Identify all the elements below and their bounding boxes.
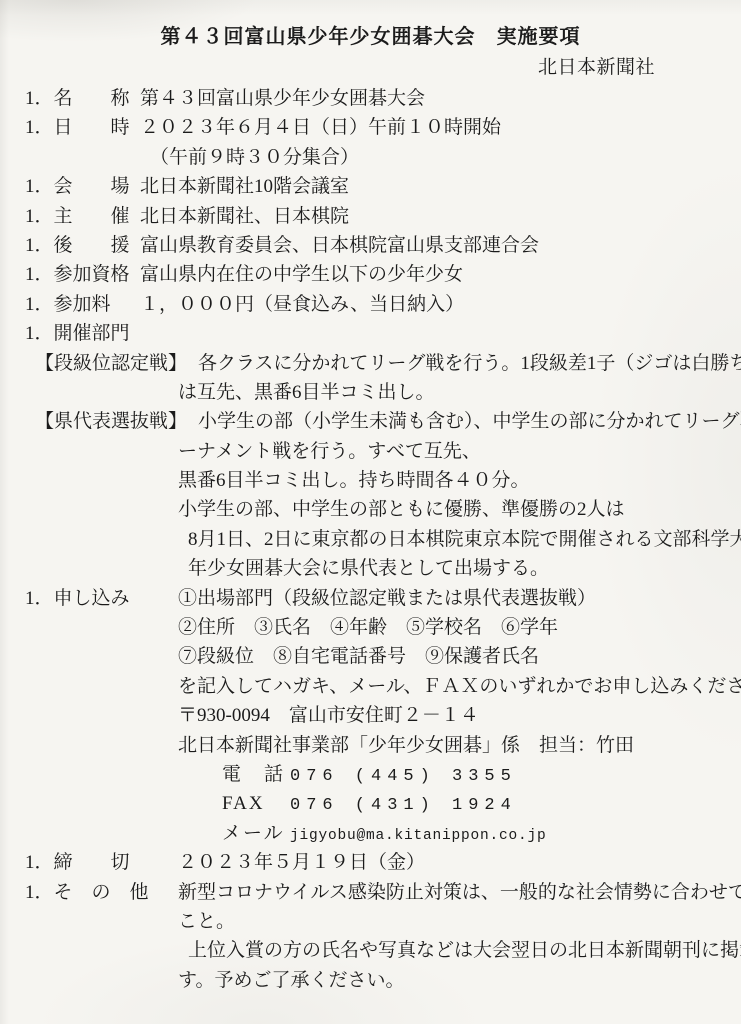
field-label-name: 1．名 称 (25, 84, 140, 113)
field-label-venue: 1．会 場 (25, 172, 140, 201)
line-department-contact: 北日本新聞社事業部「少年少女囲碁」係 担当：竹田 (25, 731, 731, 760)
line-others-cont-2: 上位入賞の方の氏名や写真などは大会翌日の北日本新聞朝刊に掲載されま (25, 936, 731, 965)
line-eligibility: 1．参加資格 富山県内在住の中学生以下の少年少女 (25, 260, 731, 289)
line-others: 1．そ の 他 新型コロナウイルス感染防止対策は、一般的な社会情勢に合わせて留意… (25, 878, 731, 907)
line-application-items-2: ⑦段級位 ⑧自宅電話番号 ⑨保護者氏名 (25, 642, 731, 671)
line-national-tournament-1: 8月1日、2日に東京都の日本棋院東京本院で開催される文部科学大臣杯少 (25, 525, 731, 554)
line-venue: 1．会 場 北日本新聞社10階会議室 (25, 172, 731, 201)
document-title: 第４３回富山県少年少女囲碁大会 実施要項 (0, 20, 741, 49)
line-date-time: 1．日 時 ２０２３年６月４日（日）午前１０時開始 (25, 113, 731, 142)
line-prefecture-selection-cont-2: 黒番6目半コミ出し。持ち時間各４０分。 (25, 466, 731, 495)
field-label-others: 1．そ の 他 (25, 878, 178, 907)
fax-number: 076 (431) 1924 (290, 791, 517, 820)
bracket-label-rank-certification: 【段級位認定戦】 (35, 349, 198, 378)
field-label-deadline: 1．締 切 (25, 848, 178, 877)
line-fax: FAX 076 (431) 1924 (222, 789, 731, 818)
field-value-venue: 北日本新聞社10階会議室 (140, 172, 349, 201)
line-prefecture-selection-cont-3: 小学生の部、中学生の部ともに優勝、準優勝の2人は (25, 495, 731, 524)
field-label-eligibility: 1．参加資格 (25, 260, 140, 289)
line-application-items-1: ②住所 ③氏名 ④年齢 ⑤学校名 ⑥学年 (25, 613, 731, 642)
field-label-datetime: 1．日 時 (25, 113, 140, 142)
line-assembly-time: （午前９時３０分集合） (25, 143, 731, 172)
line-application: 1．申し込み ①出場部門（段級位認定戦または県代表選抜戦） (25, 584, 731, 613)
field-value-datetime: ２０２３年６月４日（日）午前１０時開始 (140, 113, 501, 142)
field-value-host: 北日本新聞社、日本棋院 (140, 202, 349, 231)
document-body: 1．名 称 第４３回富山県少年少女囲碁大会 1．日 時 ２０２３年６月４日（日）… (25, 84, 731, 995)
email-address: jigyobu@ma.kitanippon.co.jp (290, 822, 547, 851)
line-email: メール jigyobu@ma.kitanippon.co.jp (222, 819, 731, 848)
line-rank-certification-cont: は互先、黒番6目半コミ出し。 (25, 378, 731, 407)
field-value-eligibility: 富山県内在住の中学生以下の少年少女 (140, 260, 463, 289)
scanned-document-page: 第４３回富山県少年少女囲碁大会 実施要項 北日本新聞社 1．名 称 第４３回富山… (0, 0, 741, 1024)
bracket-label-prefecture-selection: 【県代表選抜戦】 (35, 407, 198, 436)
field-label-fee: 1．参加料 (25, 290, 140, 319)
line-prefecture-selection-cont-1: ーナメント戦を行う。すべて互先、 (25, 437, 731, 466)
field-label-support: 1．後 援 (25, 231, 140, 260)
line-host: 1．主 催 北日本新聞社、日本棋院 (25, 202, 731, 231)
field-value-support: 富山県教育委員会、日本棋院富山県支部連合会 (140, 231, 539, 260)
line-others-cont-1: こと。 (25, 907, 731, 936)
line-national-tournament-2: 年少女囲碁大会に県代表として出場する。 (25, 554, 731, 583)
phone-label: 電 話 (222, 760, 290, 789)
line-prefecture-selection: 【県代表選抜戦】 小学生の部（小学生未満も含む）、中学生の部に分かれてリーグ戦ま… (25, 407, 731, 436)
field-label-application: 1．申し込み (25, 584, 178, 613)
line-rank-certification: 【段級位認定戦】 各クラスに分かれてリーグ戦を行う。1段級差1子（ジゴは白勝ち）… (25, 349, 731, 378)
line-entry-fee: 1．参加料 １，０００円（昼食込み、当日納入） (25, 290, 731, 319)
line-support: 1．後 援 富山県教育委員会、日本棋院富山県支部連合会 (25, 231, 731, 260)
line-phone: 電 話 076 (445) 3355 (222, 760, 731, 789)
organization-name: 北日本新聞社 (538, 52, 655, 79)
line-deadline: 1．締 切 ２０２３年５月１９日（金） (25, 848, 731, 877)
fax-label: FAX (222, 789, 290, 818)
field-value-fee: １，０００円（昼食込み、当日納入） (140, 290, 464, 319)
field-value-name: 第４３回富山県少年少女囲碁大会 (140, 84, 425, 113)
email-label: メール (222, 819, 290, 848)
phone-number: 076 (445) 3355 (290, 762, 517, 791)
line-others-cont-3: す。予めご了承ください。 (25, 966, 731, 995)
field-value-deadline: ２０２３年５月１９日（金） (178, 848, 425, 877)
field-label-divisions: 1．開催部門 (25, 319, 140, 348)
field-label-host: 1．主 催 (25, 202, 140, 231)
line-application-method: を記入してハガキ、メール、ＦＡＸのいずれかでお申し込みください。 (25, 672, 731, 701)
line-tournament-name: 1．名 称 第４３回富山県少年少女囲碁大会 (25, 84, 731, 113)
line-divisions-heading: 1．開催部門 (25, 319, 731, 348)
line-postal-address: 〒930-0094 富山市安住町２－１４ (25, 701, 731, 730)
